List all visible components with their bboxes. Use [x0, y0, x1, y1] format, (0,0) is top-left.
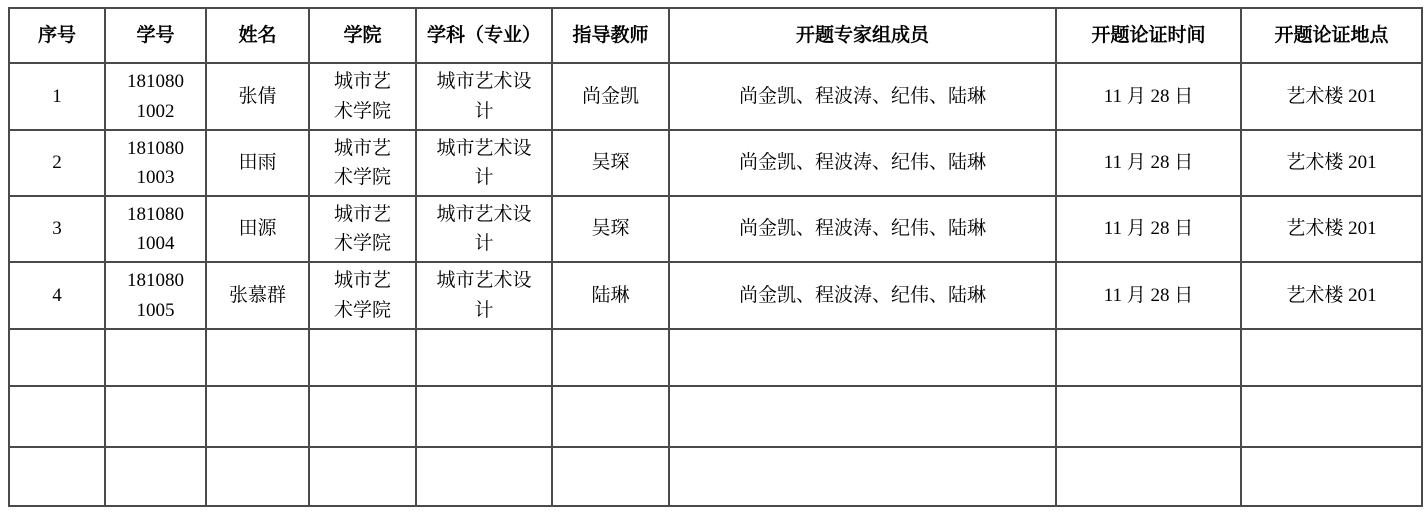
header-cell-major: 学科（专业）: [416, 8, 552, 63]
cell-location: 艺术楼 201: [1241, 196, 1422, 262]
cell-time: [1056, 329, 1241, 386]
cell-advisor: [552, 329, 669, 386]
cell-major: [416, 447, 552, 506]
cell-time: [1056, 386, 1241, 447]
cell-committee: 尚金凯、程波涛、纪伟、陆琳: [669, 63, 1056, 130]
cell-time: 11 月 28 日: [1056, 63, 1241, 130]
cell-student-id: [105, 329, 206, 386]
cell-index: 1: [9, 63, 105, 130]
cell-location: [1241, 386, 1422, 447]
cell-college: 城市艺 术学院: [309, 130, 416, 196]
cell-student-id: 181080 1004: [105, 196, 206, 262]
header-cell-time: 开题论证时间: [1056, 8, 1241, 63]
cell-index: [9, 329, 105, 386]
cell-name: 张慕群: [206, 262, 309, 329]
cell-index: [9, 386, 105, 447]
cell-major: [416, 329, 552, 386]
cell-time: 11 月 28 日: [1056, 130, 1241, 196]
cell-committee: 尚金凯、程波涛、纪伟、陆琳: [669, 262, 1056, 329]
cell-name: [206, 447, 309, 506]
table-row: 2 181080 1003 田雨 城市艺 术学院 城市艺术设 计 吴琛 尚金凯、…: [9, 130, 1422, 196]
cell-major: 城市艺术设 计: [416, 130, 552, 196]
table-row: 3 181080 1004 田源 城市艺 术学院 城市艺术设 计 吴琛 尚金凯、…: [9, 196, 1422, 262]
cell-advisor: 吴琛: [552, 130, 669, 196]
table-row-empty: [9, 386, 1422, 447]
cell-time: 11 月 28 日: [1056, 196, 1241, 262]
cell-advisor: 吴琛: [552, 196, 669, 262]
cell-college: [309, 386, 416, 447]
cell-college: [309, 447, 416, 506]
cell-college: 城市艺 术学院: [309, 63, 416, 130]
cell-major: 城市艺术设 计: [416, 63, 552, 130]
header-cell-advisor: 指导教师: [552, 8, 669, 63]
cell-college: [309, 329, 416, 386]
header-cell-committee: 开题专家组成员: [669, 8, 1056, 63]
cell-major: 城市艺术设 计: [416, 262, 552, 329]
cell-index: [9, 447, 105, 506]
cell-index: 4: [9, 262, 105, 329]
cell-location: [1241, 447, 1422, 506]
header-cell-location: 开题论证地点: [1241, 8, 1422, 63]
table-row-empty: [9, 329, 1422, 386]
cell-major: [416, 386, 552, 447]
cell-location: 艺术楼 201: [1241, 262, 1422, 329]
cell-location: [1241, 329, 1422, 386]
header-cell-name: 姓名: [206, 8, 309, 63]
cell-student-id: 181080 1003: [105, 130, 206, 196]
cell-major: 城市艺术设 计: [416, 196, 552, 262]
header-cell-index: 序号: [9, 8, 105, 63]
cell-advisor: [552, 447, 669, 506]
cell-location: 艺术楼 201: [1241, 130, 1422, 196]
document-page: 序号 学号 姓名 学院 学科（专业） 指导教师 开题专家组成员 开题论证时间 开…: [0, 0, 1428, 513]
header-row: 序号 学号 姓名 学院 学科（专业） 指导教师 开题专家组成员 开题论证时间 开…: [9, 8, 1422, 63]
cell-student-id: [105, 386, 206, 447]
cell-name: [206, 386, 309, 447]
cell-committee: 尚金凯、程波涛、纪伟、陆琳: [669, 196, 1056, 262]
cell-advisor: 尚金凯: [552, 63, 669, 130]
cell-index: 2: [9, 130, 105, 196]
cell-name: 张倩: [206, 63, 309, 130]
table-row-empty: [9, 447, 1422, 506]
cell-student-id: [105, 447, 206, 506]
header-cell-student-id: 学号: [105, 8, 206, 63]
cell-time: 11 月 28 日: [1056, 262, 1241, 329]
cell-advisor: 陆琳: [552, 262, 669, 329]
cell-name: 田雨: [206, 130, 309, 196]
cell-advisor: [552, 386, 669, 447]
table-row: 4 181080 1005 张慕群 城市艺 术学院 城市艺术设 计 陆琳 尚金凯…: [9, 262, 1422, 329]
cell-committee: [669, 329, 1056, 386]
header-cell-college: 学院: [309, 8, 416, 63]
cell-committee: 尚金凯、程波涛、纪伟、陆琳: [669, 130, 1056, 196]
cell-college: 城市艺 术学院: [309, 196, 416, 262]
cell-name: 田源: [206, 196, 309, 262]
table-row: 1 181080 1002 张倩 城市艺 术学院 城市艺术设 计 尚金凯 尚金凯…: [9, 63, 1422, 130]
cell-student-id: 181080 1002: [105, 63, 206, 130]
cell-college: 城市艺 术学院: [309, 262, 416, 329]
proposal-defense-schedule-table: 序号 学号 姓名 学院 学科（专业） 指导教师 开题专家组成员 开题论证时间 开…: [8, 7, 1423, 507]
cell-name: [206, 329, 309, 386]
cell-time: [1056, 447, 1241, 506]
cell-committee: [669, 447, 1056, 506]
cell-location: 艺术楼 201: [1241, 63, 1422, 130]
cell-index: 3: [9, 196, 105, 262]
cell-student-id: 181080 1005: [105, 262, 206, 329]
cell-committee: [669, 386, 1056, 447]
